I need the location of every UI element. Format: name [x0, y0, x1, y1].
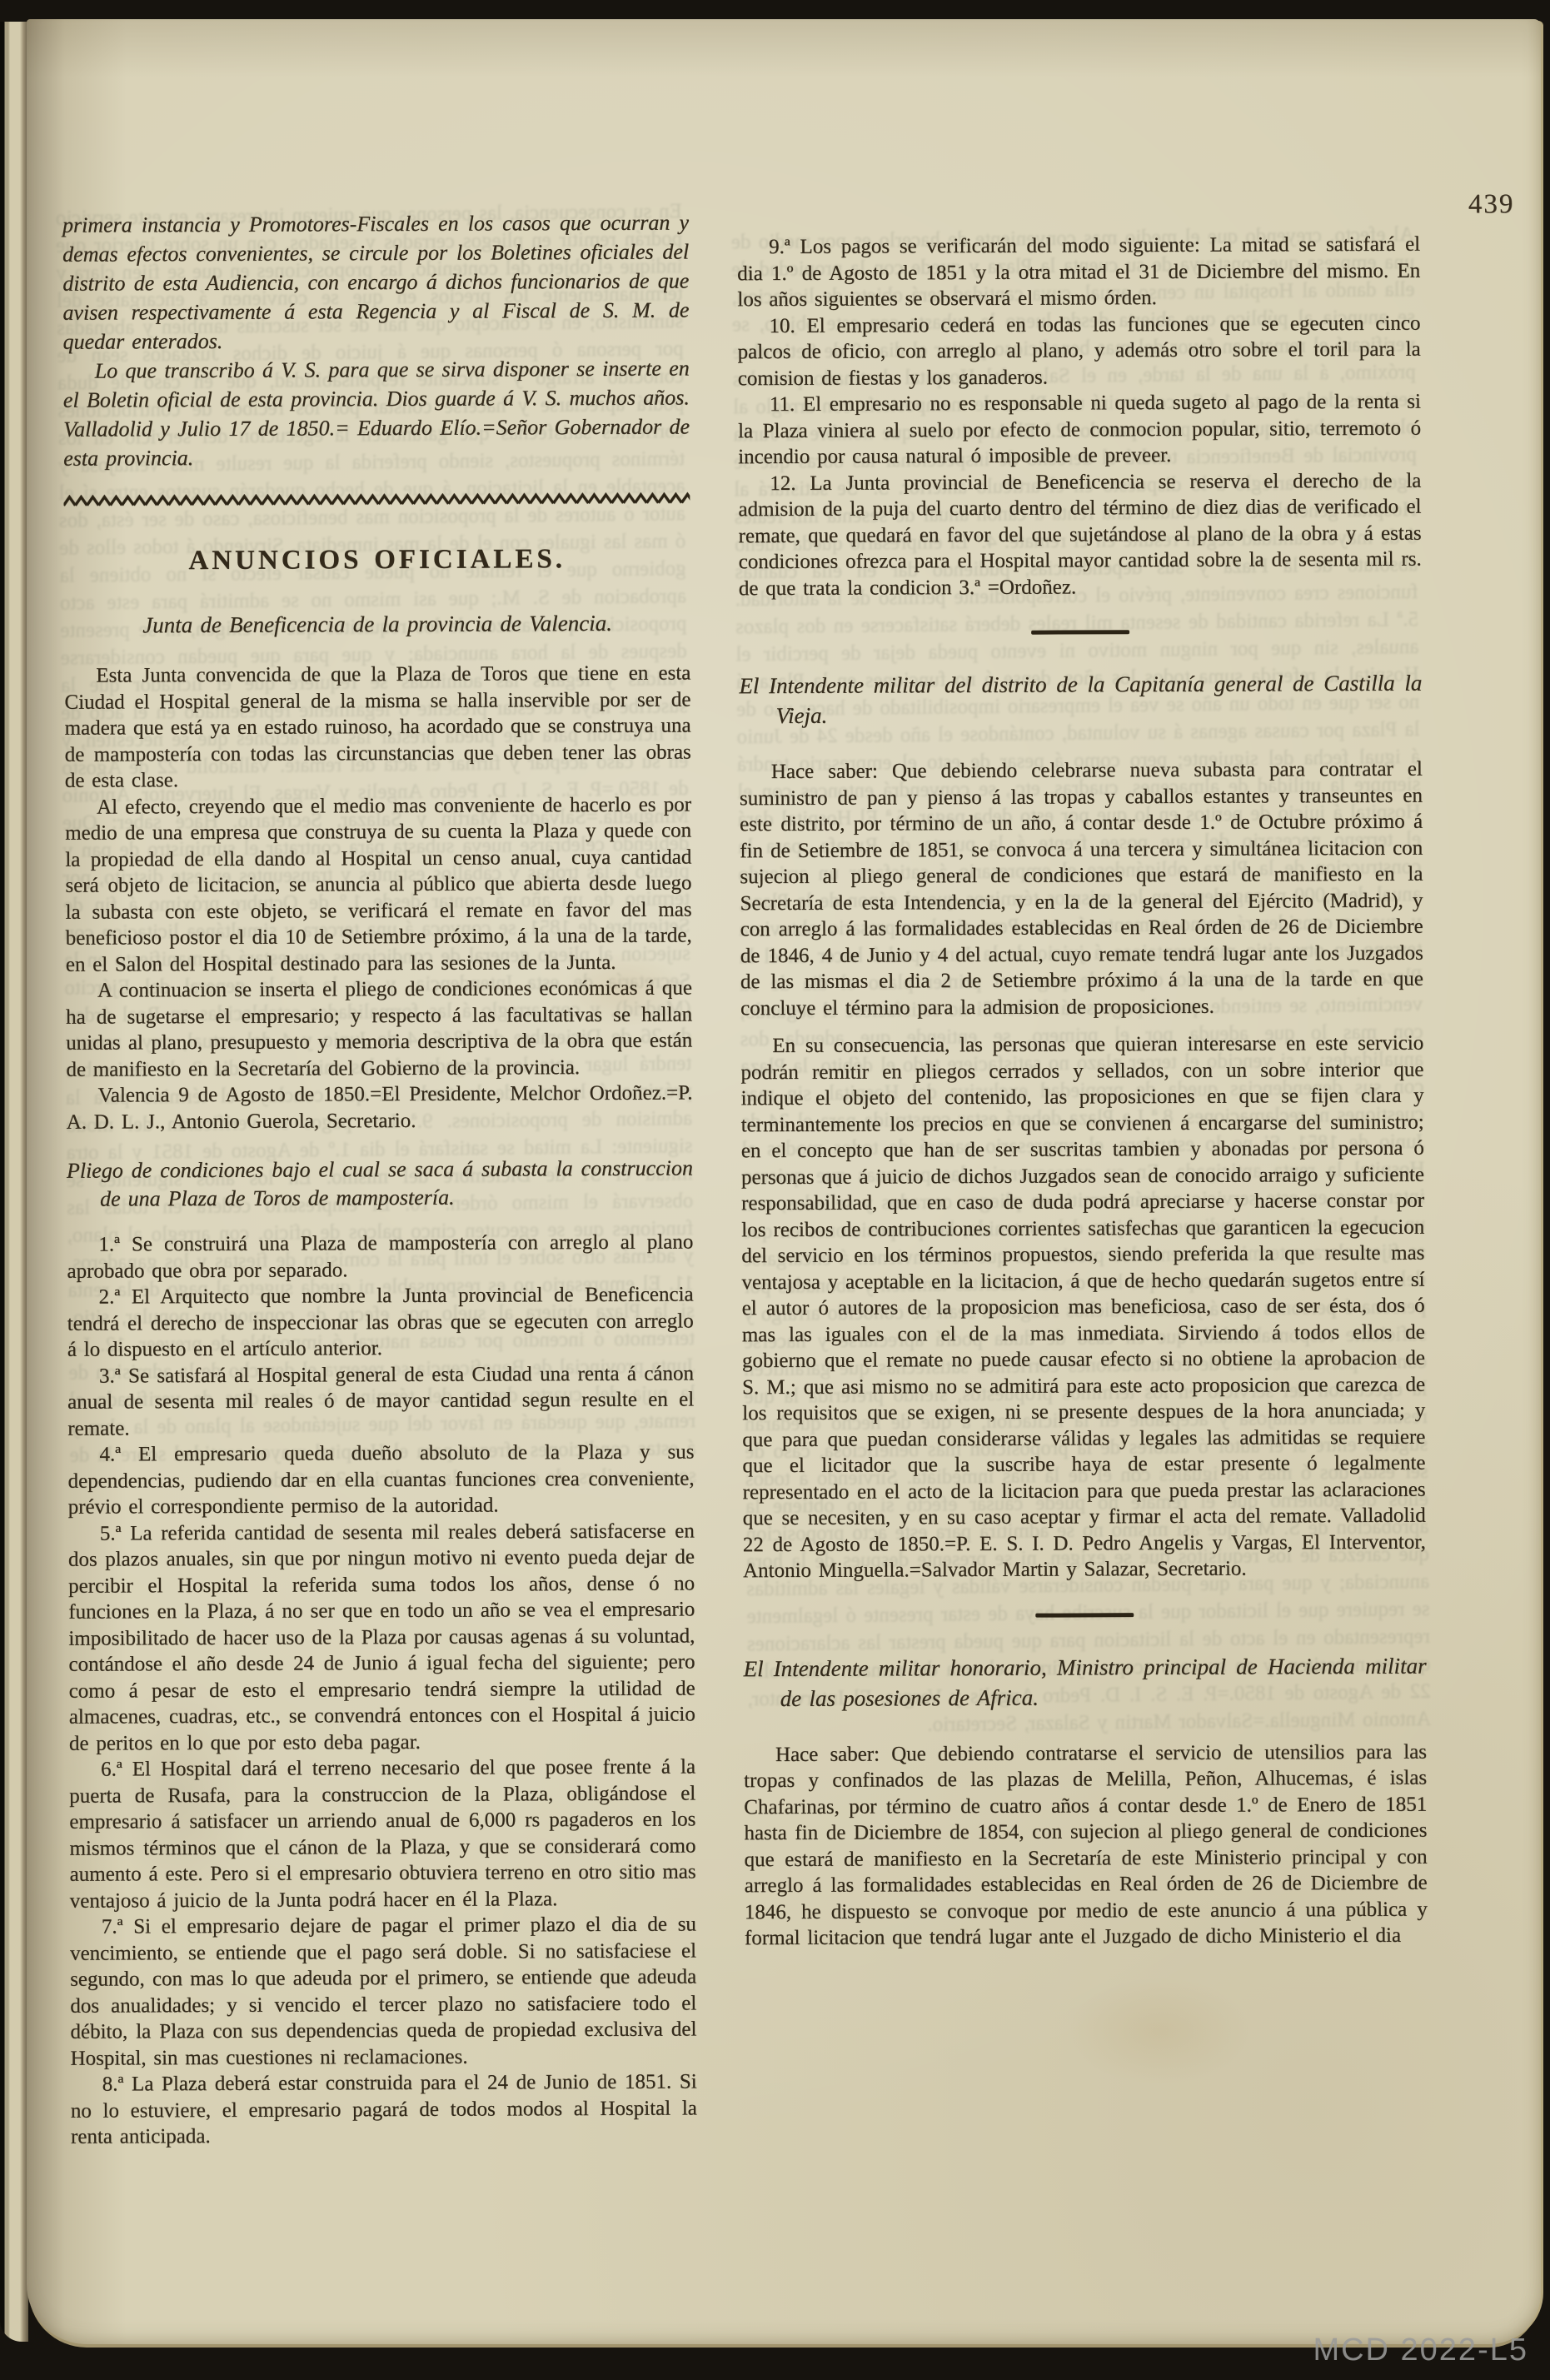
section-divider: [1035, 1613, 1134, 1618]
page-scan: 439 En su consecuencia, las personas que…: [27, 19, 1541, 2344]
condition-item: 4.ª El empresario queda dueño absoluto d…: [67, 1439, 694, 1520]
letter-closing-paragraph: Lo que transcribo á V. S. para que se si…: [63, 353, 690, 472]
body-paragraph: Esta Junta convencida de que la Plaza de…: [64, 660, 691, 794]
condition-item: 9.ª Los pagos se verificarán del modo si…: [737, 232, 1420, 313]
condition-item: 6.ª El Hospital dará el terreno necesari…: [69, 1754, 696, 1913]
zigzag-separator: [63, 491, 690, 507]
condition-item: 10. El empresario cederá en todas las fu…: [737, 310, 1420, 392]
letter-continuation-paragraph: primera instancia y Promotores-Fiscales …: [62, 207, 690, 356]
subsection-title: Junta de Beneficencia de la provincia de…: [64, 608, 690, 639]
body-paragraph: En su consecuencia, las personas que qui…: [740, 1030, 1426, 1584]
condition-item: 11. El empresario no es responsable ni q…: [738, 389, 1421, 471]
notice-heading: El Intendente militar del distrito de la…: [739, 668, 1422, 731]
pliego-heading: Pliego de condiciones bajo el cual se sa…: [67, 1154, 693, 1213]
page-number: 439: [1468, 189, 1515, 220]
section-title: ANUNCIOS OFICIALES.: [64, 541, 690, 577]
condition-item: 2.ª El Arquitecto que nombre la Junta pr…: [67, 1281, 694, 1363]
body-paragraph: Hace saber: Que debiendo contratarse el …: [744, 1739, 1428, 1952]
adjacent-page-edge: [0, 22, 28, 2342]
section-divider: [1031, 630, 1129, 635]
body-paragraph: A continuacion se inserta el pliego de c…: [66, 975, 693, 1082]
condition-item: 1.ª Se construirá una Plaza de mamposter…: [67, 1229, 693, 1284]
body-paragraph: Hace saber: Que debiendo celebrarse nuev…: [740, 756, 1423, 1022]
right-column: Al efecto, creyendo que el medio mas con…: [737, 232, 1428, 1952]
condition-item: 5.ª La referida cantidad de sesenta mil …: [68, 1518, 695, 1757]
condition-item: 8.ª La Plaza deberá estar construida par…: [71, 2068, 697, 2150]
notice-heading: El Intendente militar honorario, Ministr…: [743, 1650, 1426, 1714]
body-paragraph: Al efecto, creyendo que el medio mas con…: [65, 791, 692, 978]
condition-item: 12. La Junta provincial de Beneficencia …: [738, 467, 1422, 601]
condition-item: 3.ª Se satisfará al Hospital general de …: [67, 1360, 694, 1442]
archive-watermark: MCD 2022-L5: [1313, 2333, 1528, 2368]
signature-line: Valencia 9 de Agosto de 1850.=El Preside…: [66, 1080, 692, 1135]
condition-item: 7.ª Si el empresario dejare de pagar el …: [70, 1911, 697, 2071]
left-column: En su consecuencia, las personas que qui…: [62, 207, 697, 2150]
page-content: 439 En su consecuencia, las personas que…: [27, 19, 1541, 2344]
